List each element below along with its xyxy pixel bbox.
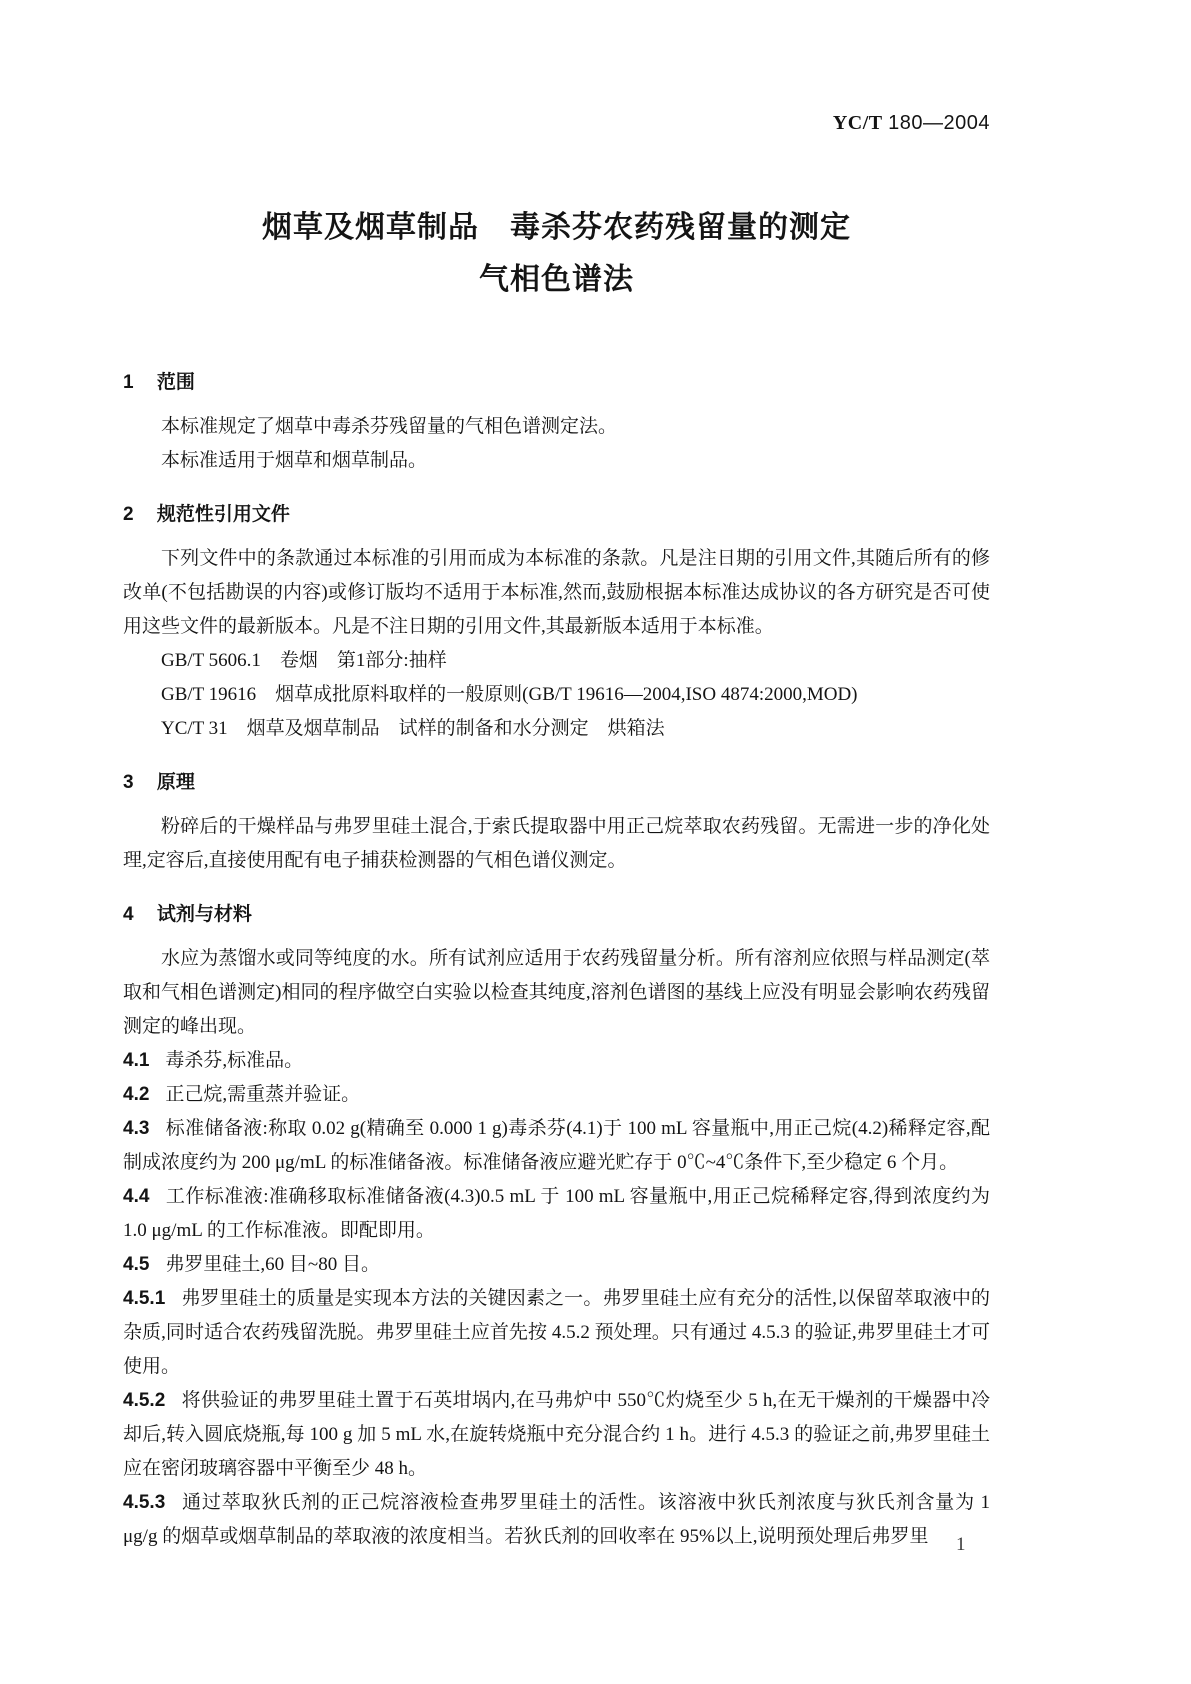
paragraph: 本标准适用于烟草和烟草制品。 (123, 444, 990, 478)
section-heading-scope: 1 范围 (123, 366, 990, 400)
clause-4-5-2: 4.5.2将供验证的弗罗里硅土置于石英坩埚内,在马弗炉中 550℃灼烧至少 5 … (123, 1384, 990, 1486)
section-number: 2 (123, 498, 134, 532)
paragraph: 水应为蒸馏水或同等纯度的水。所有试剂应适用于农药残留量分析。所有溶剂应依照与样品… (123, 942, 990, 1044)
clause-text: 毒杀芬,标准品。 (165, 1050, 303, 1071)
clause-text: 工作标准液:准确移取标准储备液(4.3)0.5 mL 于 100 mL 容量瓶中… (123, 1186, 990, 1241)
clause-number: 4.5.1 (123, 1288, 165, 1309)
clause-number: 4.5 (123, 1254, 149, 1275)
page-number: 1 (956, 1534, 966, 1556)
clause-4-2: 4.2正己烷,需重蒸并验证。 (123, 1078, 990, 1112)
reference-item: GB/T 19616 烟草成批原料取样的一般原则(GB/T 19616—2004… (123, 678, 990, 712)
reference-item: GB/T 5606.1 卷烟 第1部分:抽样 (123, 644, 990, 678)
clause-number: 4.4 (123, 1186, 149, 1207)
paragraph: 下列文件中的条款通过本标准的引用而成为本标准的条款。凡是注日期的引用文件,其随后… (123, 542, 990, 644)
section-number: 3 (123, 766, 134, 800)
clause-number: 4.5.2 (123, 1390, 165, 1411)
clause-4-5-3: 4.5.3通过萃取狄氏剂的正己烷溶液检查弗罗里硅土的活性。该溶液中狄氏剂浓度与狄… (123, 1486, 990, 1554)
clause-number: 4.5.3 (123, 1492, 165, 1513)
document-title-line2: 气相色谱法 (123, 254, 990, 306)
section-number: 4 (123, 898, 134, 932)
clause-4-1: 4.1毒杀芬,标准品。 (123, 1044, 990, 1078)
clause-text: 将供验证的弗罗里硅土置于石英坩埚内,在马弗炉中 550℃灼烧至少 5 h,在无干… (123, 1390, 990, 1479)
section-title: 规范性引用文件 (157, 504, 290, 525)
clause-text: 标准储备液:称取 0.02 g(精确至 0.000 1 g)毒杀芬(4.1)于 … (123, 1118, 990, 1173)
standard-code-number: 180—2004 (888, 112, 990, 134)
clause-text: 正己烷,需重蒸并验证。 (165, 1084, 360, 1105)
paragraph: 粉碎后的干燥样品与弗罗里硅土混合,于索氏提取器中用正己烷萃取农药残留。无需进一步… (123, 810, 990, 878)
clause-text: 弗罗里硅土的质量是实现本方法的关键因素之一。弗罗里硅土应有充分的活性,以保留萃取… (123, 1288, 990, 1377)
paragraph: 本标准规定了烟草中毒杀芬残留量的气相色谱测定法。 (123, 410, 990, 444)
clause-number: 4.2 (123, 1084, 149, 1105)
section-reagents-materials: 4 试剂与材料 水应为蒸馏水或同等纯度的水。所有试剂应适用于农药残留量分析。所有… (123, 898, 990, 1554)
clause-text: 弗罗里硅土,60 目~80 目。 (165, 1254, 380, 1275)
document-header: YC/T 180—2004 (123, 0, 990, 136)
clause-4-5-1: 4.5.1弗罗里硅土的质量是实现本方法的关键因素之一。弗罗里硅土应有充分的活性,… (123, 1282, 990, 1384)
section-normative-references: 2 规范性引用文件 下列文件中的条款通过本标准的引用而成为本标准的条款。凡是注日… (123, 498, 990, 746)
clause-number: 4.3 (123, 1118, 149, 1139)
clause-4-4: 4.4工作标准液:准确移取标准储备液(4.3)0.5 mL 于 100 mL 容… (123, 1180, 990, 1248)
clause-text: 通过萃取狄氏剂的正己烷溶液检查弗罗里硅土的活性。该溶液中狄氏剂浓度与狄氏剂含量为… (123, 1492, 990, 1547)
reference-item: YC/T 31 烟草及烟草制品 试样的制备和水分测定 烘箱法 (123, 712, 990, 746)
clause-4-3: 4.3标准储备液:称取 0.02 g(精确至 0.000 1 g)毒杀芬(4.1… (123, 1112, 990, 1180)
section-title: 范围 (157, 372, 195, 393)
clause-number: 4.1 (123, 1050, 149, 1071)
clause-4-5: 4.5弗罗里硅土,60 目~80 目。 (123, 1248, 990, 1282)
section-heading-reagents: 4 试剂与材料 (123, 898, 990, 932)
section-title: 试剂与材料 (157, 904, 252, 925)
section-principle: 3 原理 粉碎后的干燥样品与弗罗里硅土混合,于索氏提取器中用正己烷萃取农药残留。… (123, 766, 990, 878)
document-page: YC/T 180—2004 烟草及烟草制品 毒杀芬农药残留量的测定 气相色谱法 … (0, 0, 1191, 1684)
section-heading-principle: 3 原理 (123, 766, 990, 800)
section-scope: 1 范围 本标准规定了烟草中毒杀芬残留量的气相色谱测定法。 本标准适用于烟草和烟… (123, 366, 990, 478)
document-title-line1: 烟草及烟草制品 毒杀芬农药残留量的测定 (123, 202, 990, 254)
section-title: 原理 (157, 772, 195, 793)
standard-code-prefix: YC/T (833, 112, 883, 134)
section-number: 1 (123, 366, 134, 400)
section-heading-references: 2 规范性引用文件 (123, 498, 990, 532)
document-title: 烟草及烟草制品 毒杀芬农药残留量的测定 气相色谱法 (123, 202, 990, 306)
